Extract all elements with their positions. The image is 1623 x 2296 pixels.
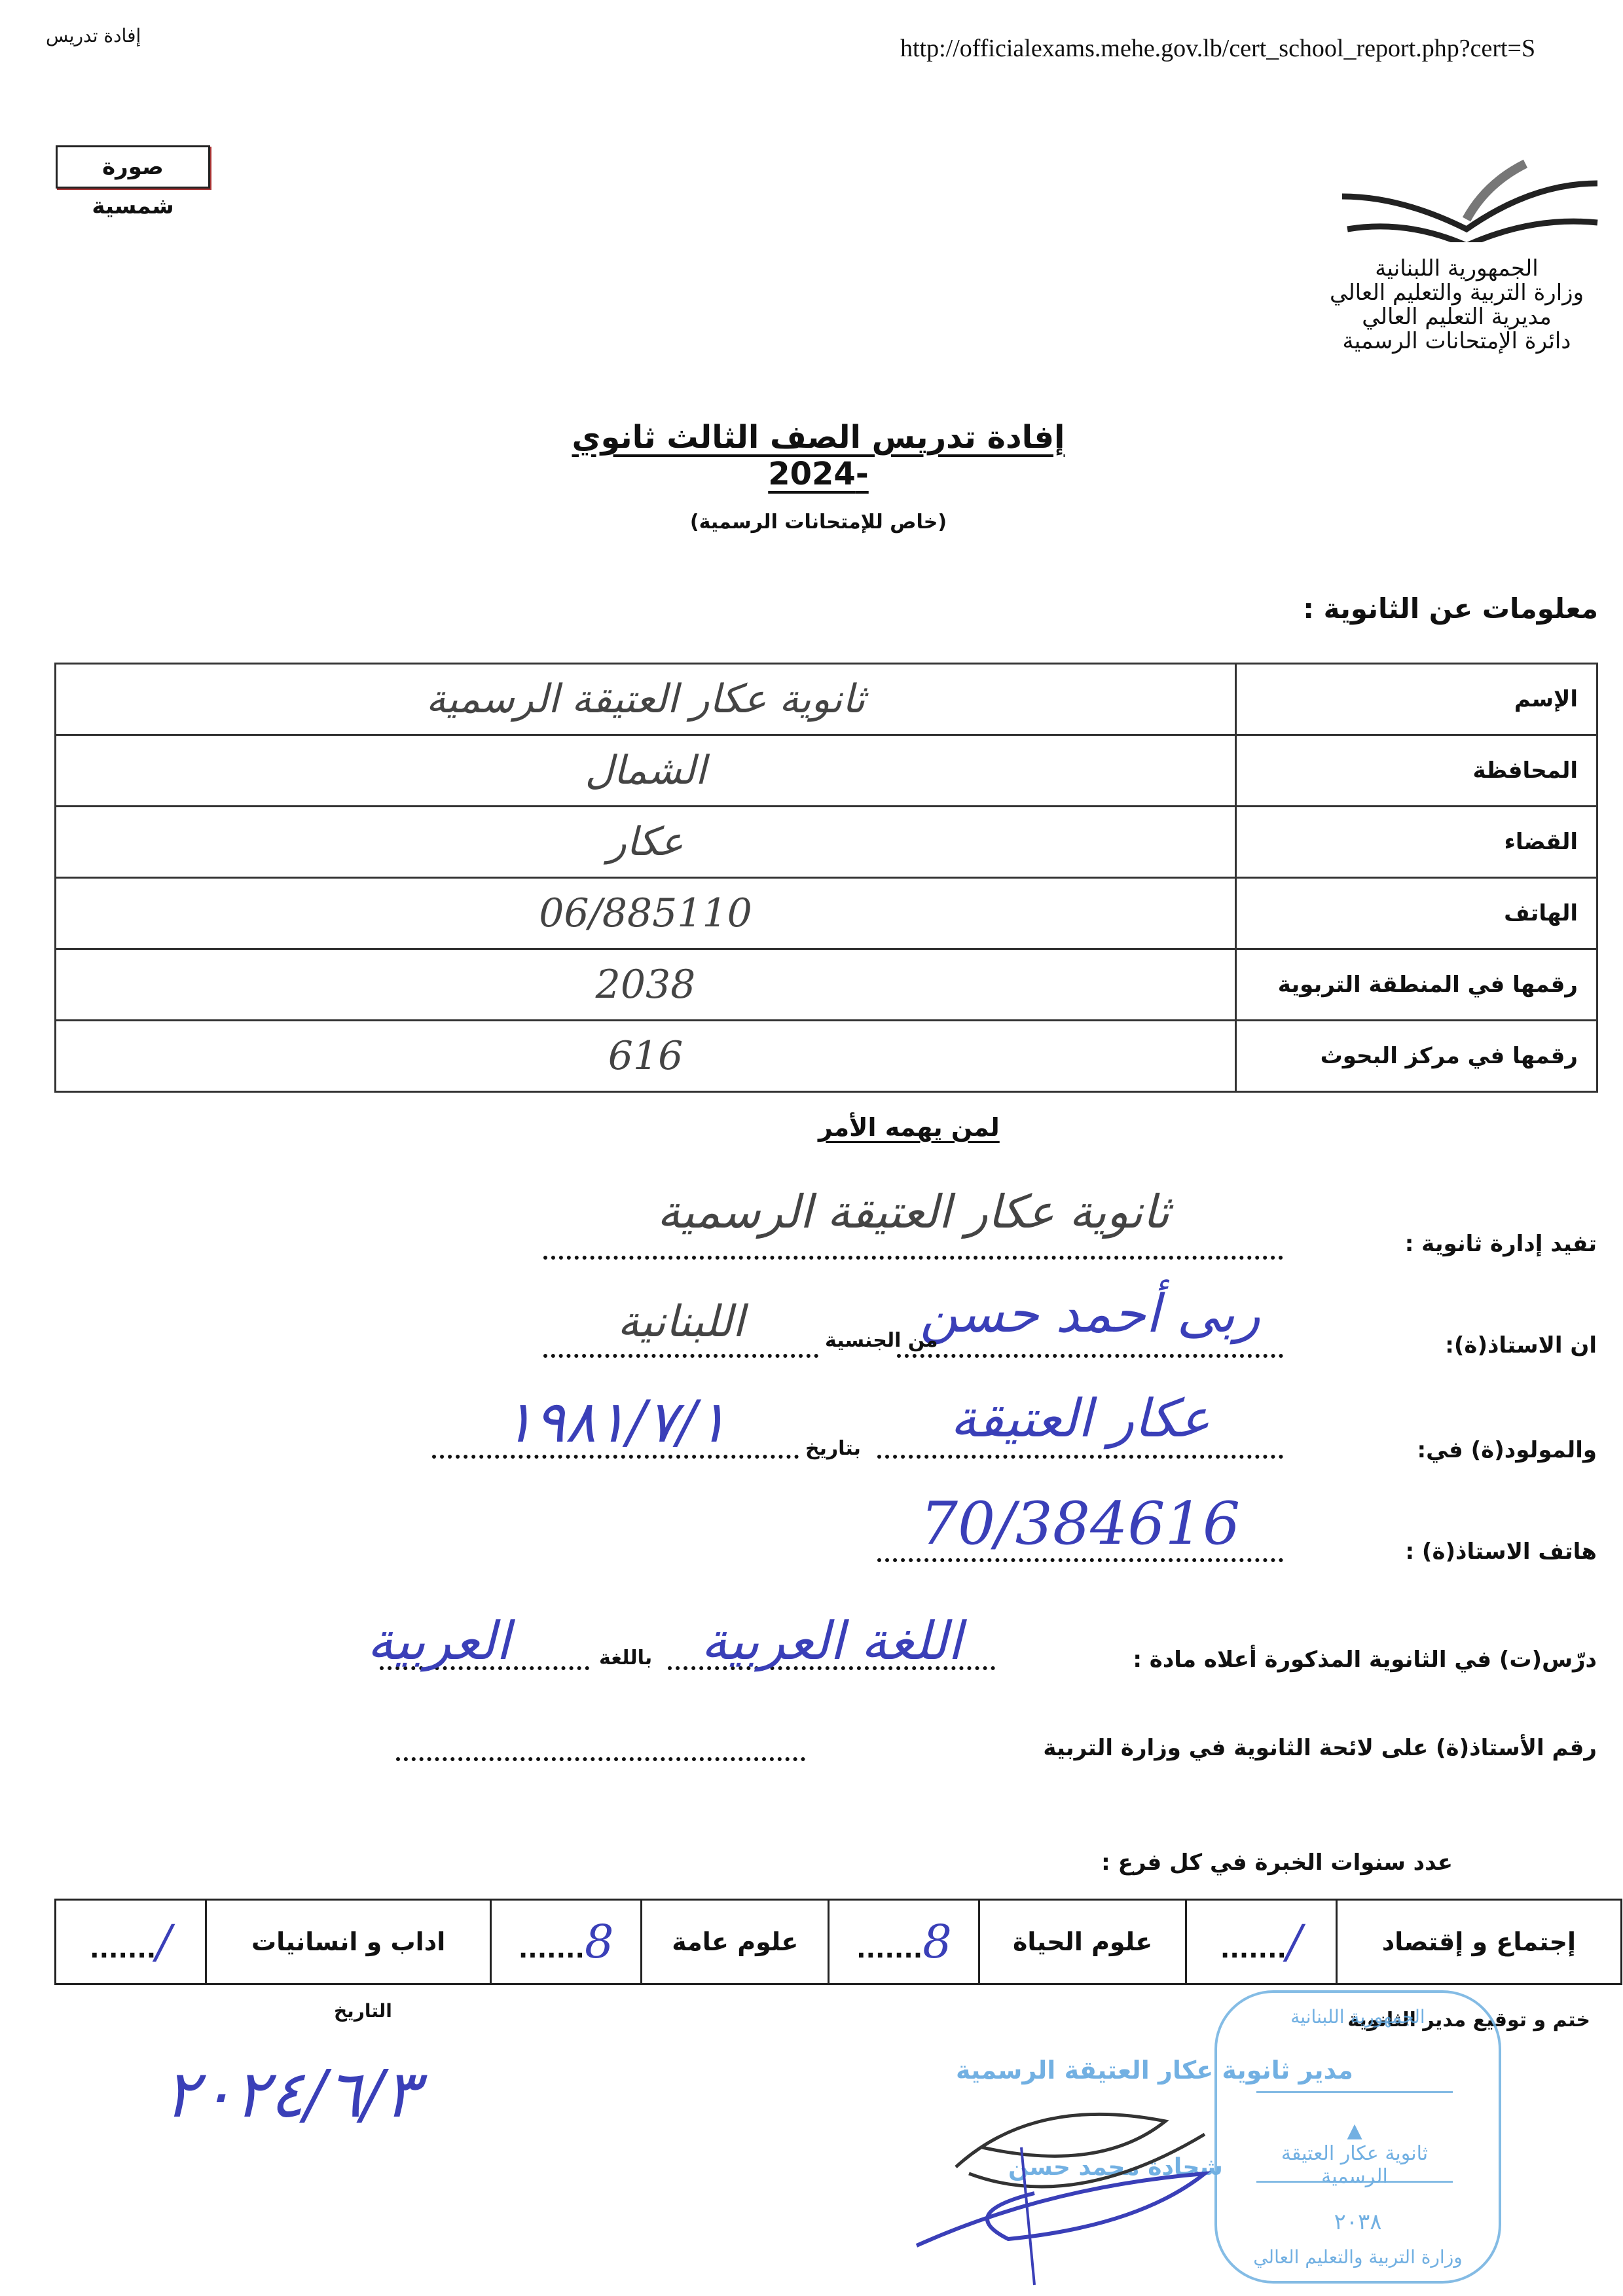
table-row: 616رقمها في مركز البحوث bbox=[56, 1021, 1597, 1092]
nationality-dots bbox=[543, 1354, 818, 1358]
branch-years-dots: ....... bbox=[90, 1935, 156, 1963]
table-row: 2038رقمها في المنطقة التربوية bbox=[56, 949, 1597, 1021]
branch-name: علوم عامة bbox=[642, 1900, 829, 1984]
to-whom-it-may-concern: لمن يهمه الأمر bbox=[818, 1113, 1000, 1142]
subject-label: درّس(ت) في الثانوية المذكورة أعلاه مادة … bbox=[1133, 1647, 1597, 1673]
region-number-value: 2038 bbox=[56, 949, 1236, 1021]
print-url: http://officialexams.mehe.gov.lb/cert_sc… bbox=[900, 34, 1535, 63]
ministry-line: الجمهورية اللبنانية bbox=[1303, 257, 1611, 281]
school-admin-label: تفيد إدارة ثانوية : bbox=[1405, 1231, 1597, 1257]
phone-value: 06/885110 bbox=[56, 878, 1236, 949]
open-book-quill-icon bbox=[1336, 157, 1604, 242]
school-admin-dots bbox=[543, 1256, 1283, 1260]
document-subtitle: (خاص للإمتحانات الرسمية) bbox=[589, 511, 1048, 534]
school-info-table: ثانوية عكار العتيقة الرسميةالإسم الشمالا… bbox=[54, 663, 1598, 1093]
ministry-header: الجمهورية اللبنانية وزارة التربية والتعل… bbox=[1303, 257, 1611, 354]
branch-name: إجتماع و إقتصاد bbox=[1336, 1900, 1621, 1984]
branch-years-value: / bbox=[156, 1915, 172, 1969]
photo-placeholder-box: صورة شمسية bbox=[56, 145, 210, 189]
branch-years-value: / bbox=[1286, 1915, 1302, 1969]
principal-signature bbox=[903, 2016, 1270, 2291]
governorate-label: المحافظة bbox=[1236, 735, 1597, 807]
research-center-number-label: رقمها في مركز البحوث bbox=[1236, 1021, 1597, 1092]
birthplace-value: عكار العتيقة bbox=[877, 1388, 1283, 1449]
date-value: ٢٠٢٤/٦/٣ bbox=[164, 2056, 419, 2132]
teacher-dots bbox=[897, 1354, 1283, 1358]
branch-years-cell: /....... bbox=[56, 1900, 206, 1984]
district-label: القضاء bbox=[1236, 807, 1597, 878]
birthplace-label: والمولود(ة) في: bbox=[1417, 1437, 1597, 1463]
experience-table: إجتماع و إقتصاد /....... علوم الحياة 8..… bbox=[54, 1899, 1622, 1985]
ministry-line: مديرية التعليم العالي bbox=[1303, 305, 1611, 329]
school-name-label: الإسم bbox=[1236, 664, 1597, 735]
stamp-center: ▲ ثانوية عكار العتيقة الرسمية bbox=[1256, 2091, 1453, 2183]
registry-number-dots bbox=[396, 1757, 805, 1761]
teacher-phone-dots bbox=[877, 1558, 1283, 1562]
branch-years-value: 8 bbox=[922, 1915, 952, 1969]
date-label: التاريخ bbox=[334, 2000, 392, 2022]
branch-name: اداب و انسانيات bbox=[206, 1900, 491, 1984]
stamp-center-text: ثانوية عكار العتيقة الرسمية bbox=[1256, 2142, 1453, 2188]
birthdate-value: ١٩٨١/٧/١ bbox=[412, 1388, 818, 1455]
experience-heading: عدد سنوات الخبرة في كل فرع : bbox=[1101, 1850, 1453, 1876]
ministry-line: وزارة التربية والتعليم العالي bbox=[1303, 281, 1611, 305]
region-number-label: رقمها في المنطقة التربوية bbox=[1236, 949, 1597, 1021]
school-name-value: ثانوية عكار العتيقة الرسمية bbox=[56, 664, 1236, 735]
nationality-value: اللبنانية bbox=[543, 1296, 818, 1347]
table-row: إجتماع و إقتصاد /....... علوم الحياة 8..… bbox=[56, 1900, 1622, 1984]
print-page-title: إفادة تدريس bbox=[46, 25, 141, 46]
table-row: عكارالقضاء bbox=[56, 807, 1597, 878]
branch-years-dots: ....... bbox=[519, 1935, 585, 1963]
ministry-line: دائرة الإمتحانات الرسمية bbox=[1303, 329, 1611, 354]
table-row: ثانوية عكار العتيقة الرسميةالإسم bbox=[56, 664, 1597, 735]
governorate-value: الشمال bbox=[56, 735, 1236, 807]
subject-value: اللغة العربية bbox=[629, 1611, 1034, 1671]
branch-years-dots: ....... bbox=[856, 1935, 922, 1963]
branch-years-cell: 8....... bbox=[491, 1900, 642, 1984]
language-label: باللغة bbox=[599, 1647, 652, 1669]
teacher-name-value: ربى أحمد حسن bbox=[897, 1283, 1283, 1344]
nationality-label: من الجنسية bbox=[825, 1329, 938, 1352]
phone-label: الهاتف bbox=[1236, 878, 1597, 949]
table-row: 06/885110الهاتف bbox=[56, 878, 1597, 949]
branch-years-value: 8 bbox=[585, 1915, 614, 1969]
document-title: إفادة تدريس الصف الثالث ثانوي -2024 bbox=[524, 419, 1113, 492]
teacher-phone-label: هاتف الاستاذ(ة) : bbox=[1405, 1539, 1597, 1565]
branch-years-cell: 8....... bbox=[829, 1900, 979, 1984]
cedar-tree-icon: ▲ bbox=[1347, 2119, 1362, 2142]
school-admin-value: ثانوية عكار العتيقة الرسمية bbox=[543, 1185, 1283, 1239]
school-info-heading: معلومات عن الثانوية : bbox=[1303, 592, 1598, 625]
table-row: الشمالالمحافظة bbox=[56, 735, 1597, 807]
district-value: عكار bbox=[56, 807, 1236, 878]
teacher-phone-value: 70/384616 bbox=[877, 1489, 1283, 1558]
research-center-number-value: 616 bbox=[56, 1021, 1236, 1092]
teacher-label: ان الاستاذ(ة): bbox=[1445, 1332, 1597, 1358]
branch-years-dots: ....... bbox=[1220, 1935, 1286, 1963]
branch-years-cell: /....... bbox=[1186, 1900, 1336, 1984]
branch-name: علوم الحياة bbox=[979, 1900, 1186, 1984]
birthplace-dots bbox=[877, 1455, 1283, 1459]
registry-number-label: رقم الأستاذ(ة) على لائحة الثانوية في وزا… bbox=[1043, 1735, 1597, 1761]
language-value: العربية bbox=[288, 1611, 589, 1671]
